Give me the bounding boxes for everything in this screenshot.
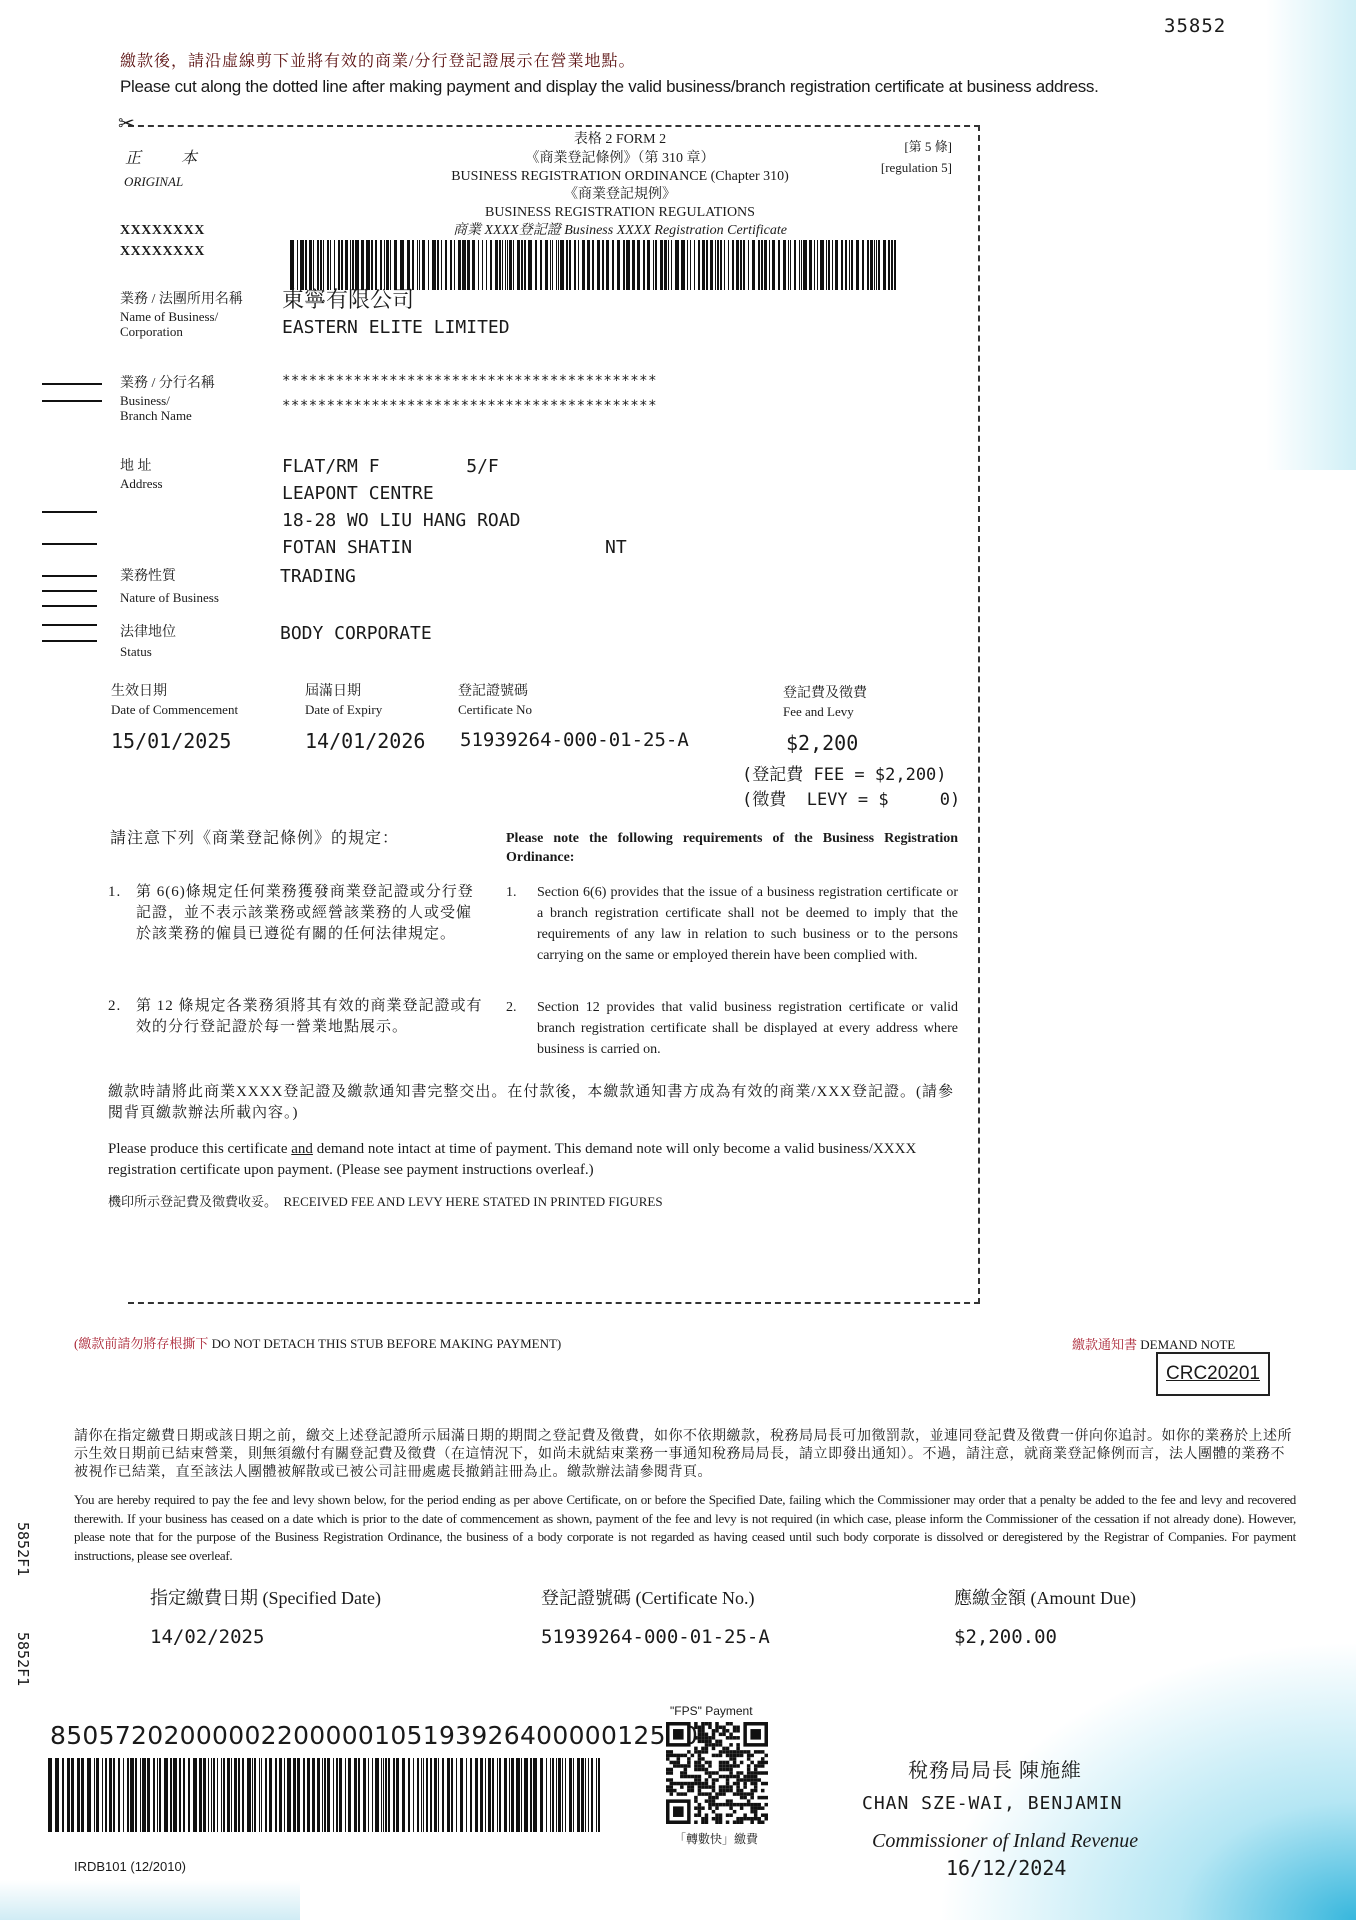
note-number: 2. bbox=[108, 996, 121, 1017]
branch-name-line2: ****************************************… bbox=[282, 393, 657, 420]
note-number: 1. bbox=[108, 882, 121, 903]
notes-heading-en: Please note the following requirements o… bbox=[506, 829, 958, 867]
business-name-zh: 東寧有限公司 bbox=[282, 287, 414, 314]
fps-label: "FPS" Payment bbox=[670, 1704, 753, 1718]
commencement-date: 15/01/2025 bbox=[111, 729, 231, 753]
signatory-title: Commissioner of Inland Revenue bbox=[872, 1830, 1138, 1853]
scissors-icon: ✂ bbox=[118, 111, 135, 136]
amount-due: $2,200.00 bbox=[954, 1626, 1057, 1648]
scan-tint bbox=[1266, 0, 1356, 470]
note-number: 2. bbox=[506, 997, 517, 1018]
legal-status: BODY CORPORATE bbox=[280, 620, 432, 647]
margin-mark bbox=[42, 511, 97, 513]
margin-mark bbox=[42, 543, 97, 545]
branch-label: 業務 / 分行名稱 Business/ Branch Name bbox=[120, 376, 215, 423]
status-label: 法律地位 Status bbox=[120, 625, 176, 659]
address-label: 地 址 Address bbox=[120, 459, 163, 491]
regulation-ref-zh: [第 5 條] bbox=[862, 137, 952, 156]
payment-barcode bbox=[48, 1758, 600, 1832]
form-number: 表格 2 FORM 2 bbox=[380, 130, 860, 149]
payment-note-en: Please produce this certificate and dema… bbox=[108, 1139, 960, 1181]
nature-of-business: TRADING bbox=[280, 563, 356, 590]
certificate-number: 51939264-000-01-25-A bbox=[460, 729, 689, 751]
business-name-en: EASTERN ELITE LIMITED bbox=[282, 314, 510, 341]
payment-note-zh: 繳款時請將此商業XXXX登記證及繳款通知書完整交出。在付款後，本繳款通知書方成為… bbox=[108, 1082, 958, 1124]
cut-instruction-zh: 繳款後，請沿虛線剪下並將有效的商業/分行登記證展示在營業地點。 bbox=[120, 48, 635, 71]
regulations-en: BUSINESS REGISTRATION REGULATIONS bbox=[380, 203, 860, 222]
copy-label-en: ORIGINAL bbox=[124, 174, 183, 190]
address-district: NT bbox=[605, 534, 627, 561]
received-statement: 機印所示登記費及徵費收妥。 RECEIVED FEE AND LEVY HERE… bbox=[108, 1191, 663, 1210]
specified-date: 14/02/2025 bbox=[150, 1626, 264, 1648]
specified-date-label: 指定繳費日期 (Specified Date) bbox=[150, 1584, 381, 1610]
cut-instruction-en: Please cut along the dotted line after m… bbox=[120, 77, 1099, 97]
margin-mark bbox=[42, 400, 102, 402]
address-line: 18-28 WO LIU HANG ROAD bbox=[282, 507, 520, 534]
margin-mark bbox=[42, 575, 97, 577]
regulation-ref-en: [regulation 5] bbox=[862, 158, 952, 177]
barcode-number: 8505720200000220000010519392640000012510 bbox=[50, 1721, 698, 1750]
stub-paragraph-zh: 請你在指定繳費日期或該日期之前，繳交上述登記證所示屆滿日期的期間之登記費及徵費，… bbox=[74, 1428, 1294, 1482]
expiry-label: 屆滿日期 Date of Expiry bbox=[305, 683, 382, 719]
expiry-date: 14/01/2026 bbox=[305, 729, 425, 753]
fee-levy-label: 登記費及徵費 Fee and Levy bbox=[783, 685, 867, 721]
ordinance-en: BUSINESS REGISTRATION ORDINANCE (Chapter… bbox=[380, 167, 860, 186]
issue-date: 16/12/2024 bbox=[946, 1856, 1066, 1880]
certificate-title: 商業 XXXX登記證 Business XXXX Registration Ce… bbox=[380, 221, 860, 240]
margin-mark bbox=[42, 640, 97, 642]
signatory-zh: 稅務局局長 陳施維 bbox=[908, 1754, 1082, 1783]
ordinance-zh: 《商業登記條例》（第 310 章） bbox=[380, 149, 860, 168]
masked-text: XXXXXXXX bbox=[120, 244, 205, 260]
fee-line: (登記費 FEE = $2,200) bbox=[742, 760, 947, 785]
address-line: LEAPONT CENTRE bbox=[282, 480, 434, 507]
note-number: 1. bbox=[506, 882, 517, 903]
note-text-en: Section 6(6) provides that the issue of … bbox=[537, 882, 958, 966]
demand-code-box: CRC20201 bbox=[1156, 1352, 1270, 1396]
branch-name-line1: ****************************************… bbox=[282, 368, 657, 395]
certificate-barcode bbox=[290, 240, 896, 290]
amount-due-label: 應繳金額 (Amount Due) bbox=[954, 1584, 1136, 1610]
margin-mark bbox=[42, 590, 97, 592]
name-label: 業務 / 法團所用名稱 Name of Business/ Corporatio… bbox=[120, 292, 250, 339]
address-line: FLAT/RM F 5/F bbox=[282, 453, 499, 480]
levy-line: (徵費 LEVY = $ 0) bbox=[742, 785, 960, 810]
notes-heading-zh: 請注意下列《商業登記條例》的規定： bbox=[110, 828, 399, 849]
regulations-zh: 《商業登記規例》 bbox=[380, 185, 860, 204]
fee-levy-amount: $2,200 bbox=[786, 731, 858, 755]
margin-mark bbox=[42, 605, 97, 607]
fps-label-zh: 「轉數快」繳費 bbox=[674, 1830, 758, 1847]
note-text-zh: 第 6(6)條規定任何業務獲發商業登記證或分行登記證，並不表示該業務或經營該業務… bbox=[136, 882, 486, 945]
note-text-zh: 第 12 條規定各業務須將其有效的商業登記證或有效的分行登記證於每一營業地點展示… bbox=[136, 996, 486, 1038]
detach-warning: (繳款前請勿將存根撕下 DO NOT DETACH THIS STUB BEFO… bbox=[74, 1333, 561, 1352]
nature-label: 業務性質 Nature of Business bbox=[120, 569, 219, 605]
note-text-en: Section 12 provides that valid business … bbox=[537, 997, 958, 1060]
certificate-no-label: 登記證號碼 Certificate No bbox=[458, 683, 532, 719]
masked-text: XXXXXXXX bbox=[120, 223, 205, 239]
stub-paragraph-en: You are hereby required to pay the fee a… bbox=[74, 1491, 1296, 1565]
demand-note-label: 繳款通知書 DEMAND NOTE bbox=[1072, 1334, 1235, 1353]
signatory-name: CHAN SZE-WAI, BENJAMIN bbox=[862, 1793, 1122, 1814]
stub-certificate-number: 51939264-000-01-25-A bbox=[541, 1626, 770, 1648]
margin-mark bbox=[42, 383, 102, 385]
copy-label-zh: 正 本 bbox=[125, 145, 215, 168]
scan-tint bbox=[0, 1880, 300, 1920]
serial-number: 35852 bbox=[1164, 15, 1226, 37]
side-code: 5852F1 bbox=[14, 1632, 32, 1686]
stub-certificate-label: 登記證號碼 (Certificate No.) bbox=[541, 1584, 754, 1610]
side-code: 5852F1 bbox=[14, 1522, 32, 1576]
fps-qr-code[interactable] bbox=[666, 1722, 768, 1824]
form-code: IRDB101 (12/2010) bbox=[74, 1859, 186, 1874]
address-line: FOTAN SHATIN bbox=[282, 534, 412, 561]
margin-mark bbox=[42, 624, 97, 626]
commencement-label: 生效日期 Date of Commencement bbox=[111, 683, 238, 719]
